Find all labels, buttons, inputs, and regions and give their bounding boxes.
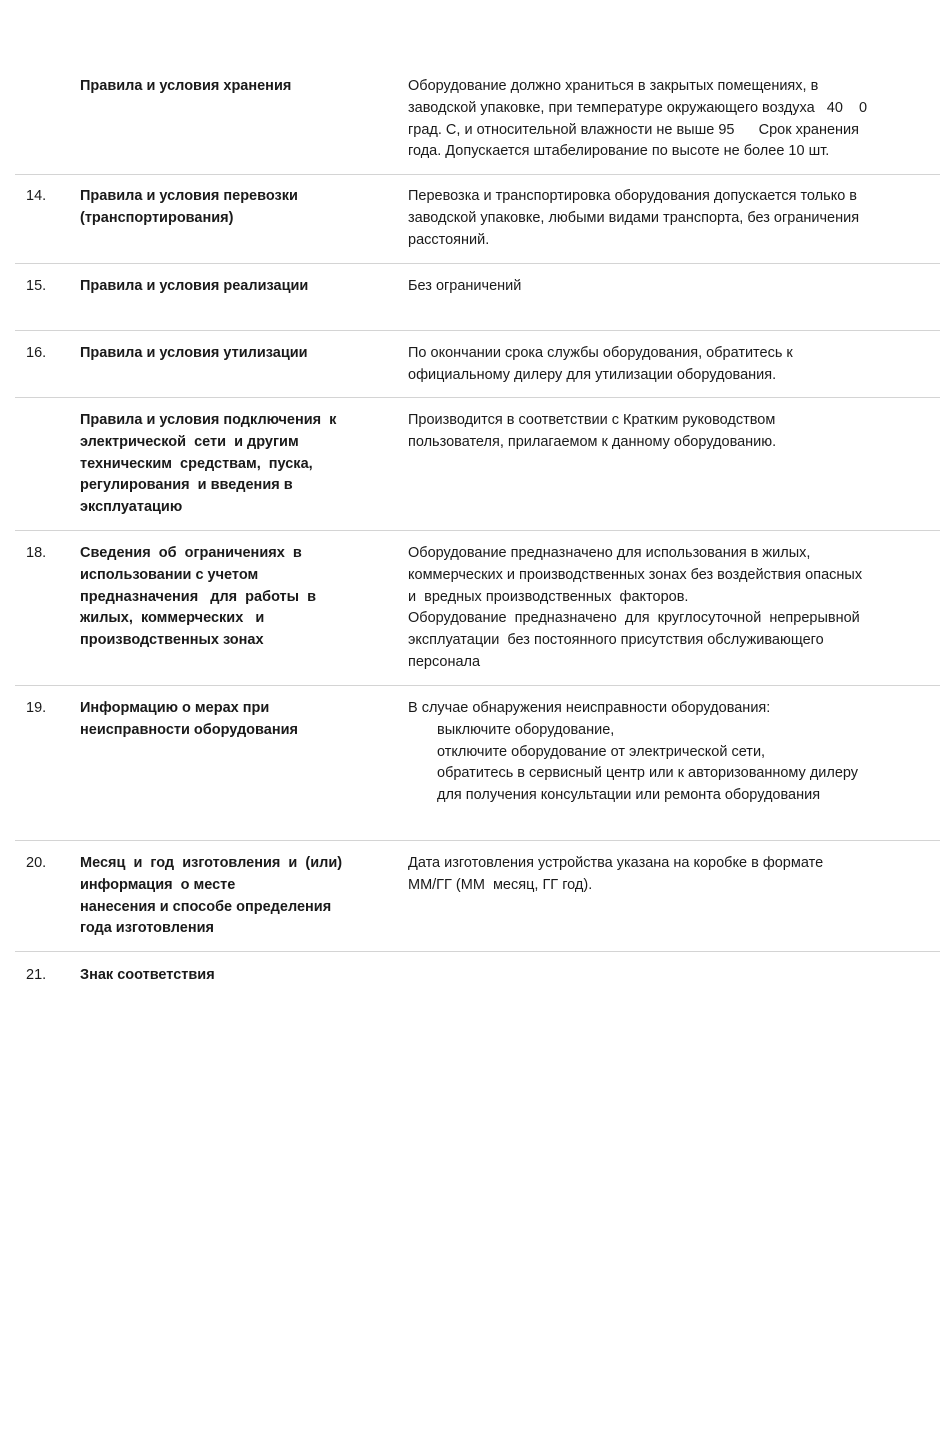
value-line: Оборудование должно храниться в закрытых… — [408, 76, 932, 98]
title-line: Правила и условия перевозки — [80, 186, 398, 208]
row-value: Без ограничений — [408, 276, 940, 298]
value-line: коммерческих и производственных зонах бе… — [408, 565, 932, 587]
title-line: Сведения об ограничениях в — [80, 543, 398, 565]
table-row-18: 18. Сведения об ограничениях в использов… — [15, 531, 940, 686]
title-line: Правила и условия реализации — [80, 276, 398, 298]
value-line: эксплуатации без постоянного присутствия… — [408, 630, 932, 652]
row-title: Сведения об ограничениях в использовании… — [80, 543, 408, 652]
row-number: 14. — [15, 186, 80, 208]
row-title: Правила и условия подключения к электрич… — [80, 410, 408, 519]
value-list-item: выключите оборудование, — [408, 720, 932, 742]
row-value: Оборудование предназначено для использов… — [408, 543, 940, 674]
value-line: официальному дилеру для утилизации обору… — [408, 365, 932, 387]
row-number: 16. — [15, 343, 80, 365]
title-line: Правила и условия утилизации — [80, 343, 398, 365]
table-row-19: 19. Информацию о мерах при неисправности… — [15, 686, 940, 841]
title-line: использовании с учетом — [80, 565, 398, 587]
title-line: Правила и условия хранения — [80, 76, 398, 98]
value-list-item: обратитесь в сервисный центр или к автор… — [408, 763, 932, 785]
title-line: предназначения для работы в — [80, 587, 398, 609]
row-title: Информацию о мерах при неисправности обо… — [80, 698, 408, 742]
value-line: ММ/ГГ (ММ месяц, ГГ год). — [408, 875, 932, 897]
table-row-connection: Правила и условия подключения к электрич… — [15, 398, 940, 531]
value-line: Производится в соответствии с Кратким ру… — [408, 410, 932, 432]
row-title: Месяц и год изготовления и (или) информа… — [80, 853, 408, 940]
row-value: Дата изготовления устройства указана на … — [408, 853, 940, 897]
title-line: электрической сети и другим — [80, 432, 398, 454]
table-row-14: 14. Правила и условия перевозки (транспо… — [15, 175, 940, 264]
value-line: персонала — [408, 652, 932, 674]
value-line: град. С, и относительной влажности не вы… — [408, 120, 932, 142]
value-line: Дата изготовления устройства указана на … — [408, 853, 932, 875]
title-line: регулирования и введения в — [80, 475, 398, 497]
title-line: года изготовления — [80, 918, 398, 940]
row-number: 18. — [15, 543, 80, 565]
row-title: Правила и условия утилизации — [80, 343, 408, 365]
value-line: заводской упаковке, любыми видами трансп… — [408, 208, 932, 230]
title-line: неисправности оборудования — [80, 720, 398, 742]
value-line: и вредных производственных факторов. — [408, 587, 932, 609]
title-line: жилых, коммерческих и — [80, 608, 398, 630]
title-line: (транспортирования) — [80, 208, 398, 230]
value-line: Оборудование предназначено для круглосут… — [408, 608, 932, 630]
title-line: Месяц и год изготовления и (или) — [80, 853, 398, 875]
title-line: Информацию о мерах при — [80, 698, 398, 720]
title-line: информация о месте — [80, 875, 398, 897]
row-title: Правила и условия реализации — [80, 276, 408, 298]
row-number: 15. — [15, 276, 80, 298]
title-line: техническим средствам, пуска, — [80, 454, 398, 476]
row-value: По окончании срока службы оборудования, … — [408, 343, 940, 387]
row-value: В случае обнаружения неисправности обору… — [408, 698, 940, 807]
row-title: Правила и условия перевозки (транспортир… — [80, 186, 408, 230]
table-row-20: 20. Месяц и год изготовления и (или) инф… — [15, 841, 940, 952]
title-line: Знак соответствия — [80, 965, 398, 987]
row-value: Перевозка и транспортировка оборудования… — [408, 186, 940, 251]
value-line: заводской упаковке, при температуре окру… — [408, 98, 932, 120]
table-row-21: 21. Знак соответствия — [15, 952, 940, 992]
value-list-item: отключите оборудование от электрической … — [408, 742, 932, 764]
value-line: По окончании срока службы оборудования, … — [408, 343, 932, 365]
table-row-16: 16. Правила и условия утилизации По окон… — [15, 331, 940, 398]
title-line: нанесения и способе определения — [80, 897, 398, 919]
table-row-15: 15. Правила и условия реализации Без огр… — [15, 264, 940, 331]
value-line: Без ограничений — [408, 276, 932, 298]
row-title: Знак соответствия — [80, 965, 408, 987]
title-line: эксплуатацию — [80, 497, 398, 519]
row-number: 19. — [15, 698, 80, 720]
value-line: Оборудование предназначено для использов… — [408, 543, 932, 565]
table-row-storage: Правила и условия хранения Оборудование … — [15, 76, 940, 175]
title-line: Правила и условия подключения к — [80, 410, 398, 432]
value-line: Перевозка и транспортировка оборудования… — [408, 186, 932, 208]
row-value: Оборудование должно храниться в закрытых… — [408, 76, 940, 163]
row-number: 20. — [15, 853, 80, 875]
value-list-item: для получения консультации или ремонта о… — [408, 785, 932, 807]
row-value: Производится в соответствии с Кратким ру… — [408, 410, 940, 454]
row-number: 21. — [15, 965, 80, 987]
row-title: Правила и условия хранения — [80, 76, 408, 98]
value-line: пользователя, прилагаемом к данному обор… — [408, 432, 932, 454]
value-line: года. Допускается штабелирование по высо… — [408, 141, 932, 163]
value-intro: В случае обнаружения неисправности обору… — [408, 698, 932, 720]
value-line: расстояний. — [408, 230, 932, 252]
title-line: производственных зонах — [80, 630, 398, 652]
specification-table: Правила и условия хранения Оборудование … — [15, 76, 940, 992]
